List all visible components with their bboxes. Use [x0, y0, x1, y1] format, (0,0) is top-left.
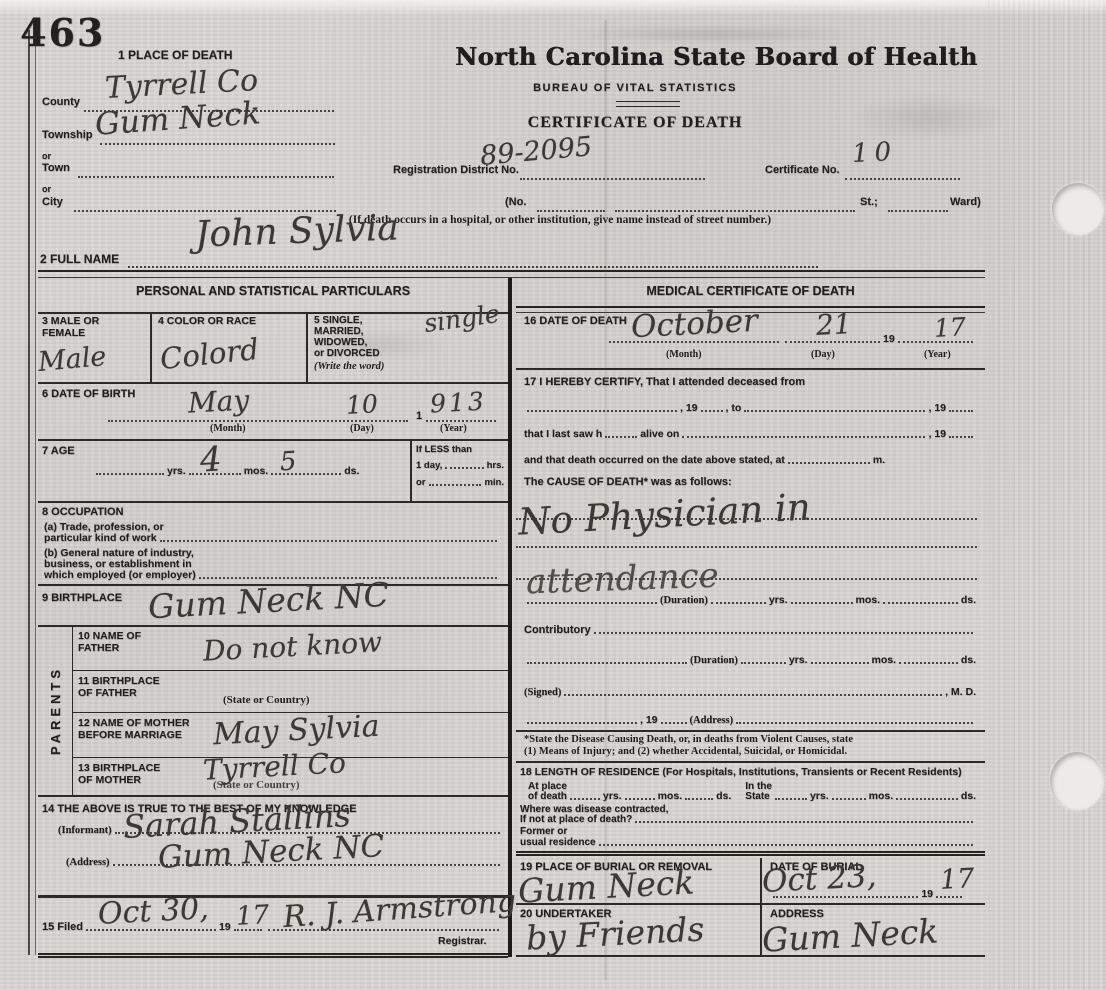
duration-yrs-2: yrs.	[789, 654, 808, 666]
last-saw-label: that I last saw h	[524, 428, 602, 440]
dotted-leader	[160, 537, 497, 542]
personal-column: PERSONAL AND STATISTICAL PARTICULARS 3 M…	[38, 278, 512, 957]
burial-date-cell: DATE OF BURIAL 19 Oct 23, 17	[760, 858, 985, 903]
age-mos-label: mos.	[244, 465, 269, 477]
race-label: 4 COLOR OR RACE	[158, 315, 306, 327]
mother-birthplace-value: Tyrrell Co	[202, 749, 346, 784]
father-name-row: 10 NAME OFFATHER Do not know	[73, 627, 508, 671]
dotted-leader	[741, 659, 786, 664]
age-ds-label: ds.	[344, 465, 359, 477]
or-town-prefix: or	[42, 151, 51, 161]
dob-day-caption: (Day)	[350, 423, 374, 434]
full-name-label: 2 FULL NAME	[40, 252, 119, 266]
dod-year-value: 17	[933, 314, 966, 341]
dotted-leader	[811, 659, 869, 664]
place-of-death-label: 1 PLACE OF DEATH	[118, 48, 232, 62]
sex-label: 3 MALE ORFEMALE	[42, 315, 150, 339]
dotted-leader	[661, 719, 687, 724]
dotted-leader	[527, 659, 687, 664]
date-of-death-label: 16 DATE OF DEATH	[524, 315, 627, 327]
duration-line-2: (Duration) yrs. mos. ds.	[524, 654, 976, 666]
undertaker-value: by Friends	[525, 912, 705, 954]
dotted-leader	[96, 470, 164, 475]
min-label: min.	[484, 477, 504, 488]
dod-day-value: 21	[815, 310, 852, 340]
occupation-a2-label: particular kind of work	[44, 532, 157, 544]
birthplace-label: 9 BIRTHPLACE	[42, 592, 122, 604]
occupation-label: 8 OCCUPATION	[42, 506, 124, 518]
ward-label: Ward)	[950, 196, 981, 208]
informant-address-label: (Address)	[66, 857, 110, 868]
race-value: Colord	[159, 335, 260, 374]
county-label: County	[42, 96, 80, 108]
parents-block: PARENTS 10 NAME OFFATHER Do not know 11 …	[38, 627, 508, 797]
usual-residence-label: usual residence	[520, 837, 596, 848]
undertaker-address-cell: ADDRESS Gum Neck	[760, 905, 985, 955]
right-margin-strip	[988, 0, 1106, 990]
dotted-leader	[896, 795, 958, 800]
hrs-label: hrs.	[487, 460, 504, 471]
usual-residence-line: usual residence	[520, 837, 976, 848]
residence-ds-b: ds.	[961, 790, 976, 802]
occupation-b-line: which employed (or employer)	[44, 569, 500, 581]
age-row: 7 AGE yrs. mos. ds. 4 5 If LESS than 1 d…	[38, 441, 508, 503]
dob-year-value: 913	[429, 389, 487, 417]
certify-19a: , 19	[680, 402, 698, 414]
dob-day-value: 10	[345, 391, 378, 418]
signed-19: , 19	[640, 714, 658, 726]
dod-month-caption: (Month)	[666, 349, 702, 360]
birthplace-row: 9 BIRTHPLACE Gum Neck NC	[38, 586, 508, 627]
dotted-leader	[744, 407, 925, 412]
cause-value-line1: No Physician in	[517, 488, 811, 540]
city-leader	[74, 188, 336, 212]
burial-year-printed: 19	[921, 888, 933, 900]
race-cell: 4 COLOR OR RACE Colord	[152, 312, 308, 382]
town-label: Town	[42, 162, 70, 174]
dob-row: 6 DATE OF BIRTH 1 (Month) (Day) (Year) M…	[38, 384, 508, 441]
duration-ds-1: ds.	[961, 594, 976, 606]
dod-year-caption: (Year)	[924, 349, 951, 360]
residence-label: 18 LENGTH OF RESIDENCE (For Hospitals, I…	[520, 766, 962, 778]
street-no-leader	[537, 188, 605, 212]
top-light-band	[0, 0, 1106, 16]
dob-year-printed: 1	[416, 410, 422, 422]
dotted-leader	[635, 818, 973, 823]
certificate-title: CERTIFICATE OF DEATH	[455, 114, 815, 132]
duration-yrs-1: yrs.	[769, 594, 788, 606]
age-units-line: yrs. mos. ds.	[93, 465, 398, 477]
mother-birthplace-row: 13 BIRTHPLACEOF MOTHER (State or Country…	[73, 759, 508, 795]
dod-day-caption: (Day)	[811, 349, 835, 360]
duration-label-2: (Duration)	[690, 655, 738, 666]
father-name-value: Do not know	[202, 628, 382, 665]
burial-date-value: Oct 23,	[761, 861, 877, 898]
undertaker-row: 20 UNDERTAKER by Friends ADDRESS Gum Nec…	[516, 905, 985, 957]
footnote-line-1: *State the Disease Causing Death, or, in…	[524, 734, 981, 746]
city-label: City	[42, 196, 63, 208]
last-saw-19: , 19	[928, 428, 946, 440]
dob-month-caption: (Month)	[210, 423, 246, 434]
township-label: Township	[42, 129, 93, 141]
alive-on-label: alive on	[640, 428, 679, 440]
last-saw-line: that I last saw h alive on , 19	[524, 428, 976, 440]
one-day-label: 1 day,	[416, 460, 442, 471]
certify-19b: , 19	[928, 402, 946, 414]
if-less-min-line: or min.	[416, 477, 504, 488]
dotted-leader	[701, 407, 723, 412]
death-certificate-scan: 463 1 PLACE OF DEATH North Carolina Stat…	[0, 0, 1106, 990]
dotted-leader	[570, 795, 600, 800]
dotted-leader	[949, 407, 973, 412]
death-occurred-label: and that death occurred on the date abov…	[524, 454, 785, 466]
dob-label: 6 DATE OF BIRTH	[42, 388, 135, 400]
header-divider-rule	[616, 101, 680, 107]
residence-mos-a: mos.	[658, 790, 683, 802]
signed-address-label: (Address)	[690, 715, 734, 726]
dotted-leader	[599, 841, 973, 846]
page-number-stamp: 463	[20, 10, 105, 55]
dotted-leader	[527, 407, 677, 412]
parents-label-cell: PARENTS	[38, 627, 73, 795]
hole-punch-top	[1052, 183, 1104, 235]
parents-fields: 10 NAME OFFATHER Do not know 11 BIRTHPLA…	[73, 627, 508, 795]
contributory-label: Contributory	[524, 624, 591, 636]
bureau-subtitle: BUREAU OF VITAL STATISTICS	[455, 82, 815, 94]
ink-bleed-smudge	[850, 95, 1010, 140]
or-label: or	[416, 477, 426, 488]
dotted-leader	[625, 795, 655, 800]
filed-year-value: 17	[235, 902, 269, 930]
dod-month-value: October	[630, 306, 758, 344]
medical-column: MEDICAL CERTIFICATE OF DEATH 16 DATE OF …	[516, 278, 985, 957]
filed-year-printed: 19	[219, 921, 231, 933]
dotted-leader	[682, 433, 925, 438]
dotted-leader	[445, 464, 483, 469]
duration-mos-2: mos.	[872, 654, 897, 666]
dotted-leader	[832, 795, 866, 800]
md-label: , M. D.	[945, 686, 976, 698]
cause-value-line2: attendance	[525, 559, 719, 600]
in-the-state-label: In theState	[745, 782, 772, 802]
burial-row: 19 PLACE OF BURIAL OR REMOVAL Gum Neck D…	[516, 858, 985, 905]
parents-label: PARENTS	[48, 666, 63, 755]
affirmation-row: 14 THE ABOVE IS TRUE TO THE BEST OF MY K…	[38, 797, 508, 898]
filed-row: 15 Filed 19 Oct 30, 17 R. J. Armstrong R…	[38, 897, 508, 958]
dotted-leader	[949, 433, 973, 438]
duration-ds-2: ds.	[961, 654, 976, 666]
dotted-leader	[775, 795, 807, 800]
full-name-value: John Sylvia	[194, 210, 399, 253]
dotted-leader	[883, 599, 958, 604]
dob-year-caption: (Year)	[440, 423, 467, 434]
dotted-leader	[594, 629, 973, 634]
undertaker-cell: 20 UNDERTAKER by Friends	[516, 905, 760, 955]
town-leader	[78, 154, 334, 178]
occupation-b3-label: which employed (or employer)	[44, 569, 196, 581]
informant-label: (Informant)	[58, 825, 112, 836]
occupation-a-line: particular kind of work	[44, 532, 500, 544]
sex-value: Male	[37, 343, 107, 376]
header-bottom-rule	[38, 270, 985, 278]
death-occurred-line: and that death occurred on the date abov…	[524, 454, 924, 466]
contracted-line: If not at place of death?	[520, 814, 976, 825]
certify-to: , to	[726, 402, 742, 414]
dotted-leader	[564, 691, 942, 696]
residence-duration-line: At placeof death yrs. mos. ds. In theSta…	[528, 782, 976, 802]
father-state-country-caption: (State or Country)	[223, 694, 310, 706]
dotted-leader	[685, 795, 713, 800]
dod-year-printed: 19	[883, 333, 895, 345]
signed-label: (Signed)	[524, 687, 561, 698]
residence-block: 18 LENGTH OF RESIDENCE (For Hospitals, I…	[516, 764, 985, 856]
burial-year-value: 17	[939, 865, 975, 894]
filed-date-value: Oct 30,	[97, 894, 209, 930]
dotted-leader	[899, 659, 958, 664]
residence-yrs-b: yrs.	[810, 790, 829, 802]
residence-mos-b: mos.	[869, 790, 894, 802]
age-yrs-label: yrs.	[167, 465, 186, 477]
cert-no-label: Certificate No.	[765, 164, 840, 176]
dotted-leader	[788, 459, 870, 464]
undertaker-address-value: Gum Neck	[761, 914, 939, 956]
footnote-line-2: (1) Means of Injury; and (2) whether Acc…	[524, 746, 981, 758]
contributory-line: Contributory	[524, 624, 976, 636]
dotted-leader	[605, 433, 637, 438]
burial-place-cell: 19 PLACE OF BURIAL OR REMOVAL Gum Neck	[516, 858, 760, 903]
sex-cell: 3 MALE ORFEMALE Male	[38, 312, 152, 382]
dotted-leader	[711, 599, 766, 604]
if-less-box: If LESS than 1 day, hrs. or min.	[410, 441, 508, 501]
dotted-leader	[527, 719, 637, 724]
date-of-death-row: 16 DATE OF DEATH 19 (Month) (Day) (Year)…	[516, 311, 985, 370]
certify-dates-line: , 19 , to , 19	[524, 402, 976, 414]
former-label: Former or	[520, 826, 567, 837]
cause-of-death-label: The CAUSE OF DEATH* was as follows:	[524, 476, 732, 488]
hole-punch-bottom	[1050, 752, 1104, 810]
age-months-value: 5	[279, 449, 297, 476]
father-birthplace-row: 11 BIRTHPLACEOF FATHER (State or Country…	[73, 672, 508, 713]
medical-section-title: MEDICAL CERTIFICATE OF DEATH	[516, 284, 985, 298]
dotted-leader	[791, 599, 853, 604]
dob-month-value: May	[187, 386, 250, 417]
duration-mos-1: mos.	[856, 594, 881, 606]
dotted-leader	[736, 719, 973, 724]
street-leader	[615, 188, 855, 212]
residence-ds-a: ds.	[716, 790, 731, 802]
filed-label: 15 Filed	[42, 921, 83, 933]
certify-label: 17 I HEREBY CERTIFY, That I attended dec…	[524, 376, 805, 388]
signed-line: (Signed) , M. D.	[524, 686, 976, 698]
mother-name-value: May Sylvia	[212, 712, 380, 751]
signed-date-address-line: , 19 (Address)	[524, 714, 976, 726]
if-less-hrs-line: 1 day, hrs.	[416, 460, 504, 471]
occupation-row: 8 OCCUPATION (a) Trade, profession, or p…	[38, 503, 508, 586]
or-city-prefix: or	[42, 184, 51, 194]
ward-leader	[888, 188, 948, 212]
cause-footnote: *State the Disease Causing Death, or, in…	[516, 730, 985, 763]
cert-no-value: 10	[851, 139, 897, 167]
registrar-label: Registrar.	[438, 935, 486, 947]
age-years-value: 4	[199, 442, 222, 477]
marital-note: (Write the word)	[314, 361, 508, 372]
age-label: 7 AGE	[42, 445, 75, 457]
at-place-label: At placeof death	[528, 782, 567, 802]
org-title: North Carolina State Board of Health	[455, 42, 815, 71]
burial-place-value: Gum Neck	[517, 865, 695, 907]
form-body: PERSONAL AND STATISTICAL PARTICULARS 3 M…	[38, 278, 985, 957]
birthplace-value: Gum Neck NC	[147, 578, 389, 624]
dotted-leader	[429, 481, 482, 486]
if-less-label: If LESS than	[416, 444, 508, 455]
occurred-m-label: m.	[873, 454, 885, 466]
left-edge-rule	[28, 30, 36, 955]
contracted-label-2: If not at place of death?	[520, 814, 632, 825]
street-st-label: St.;	[860, 196, 878, 208]
street-no-label: (No.	[505, 196, 526, 208]
